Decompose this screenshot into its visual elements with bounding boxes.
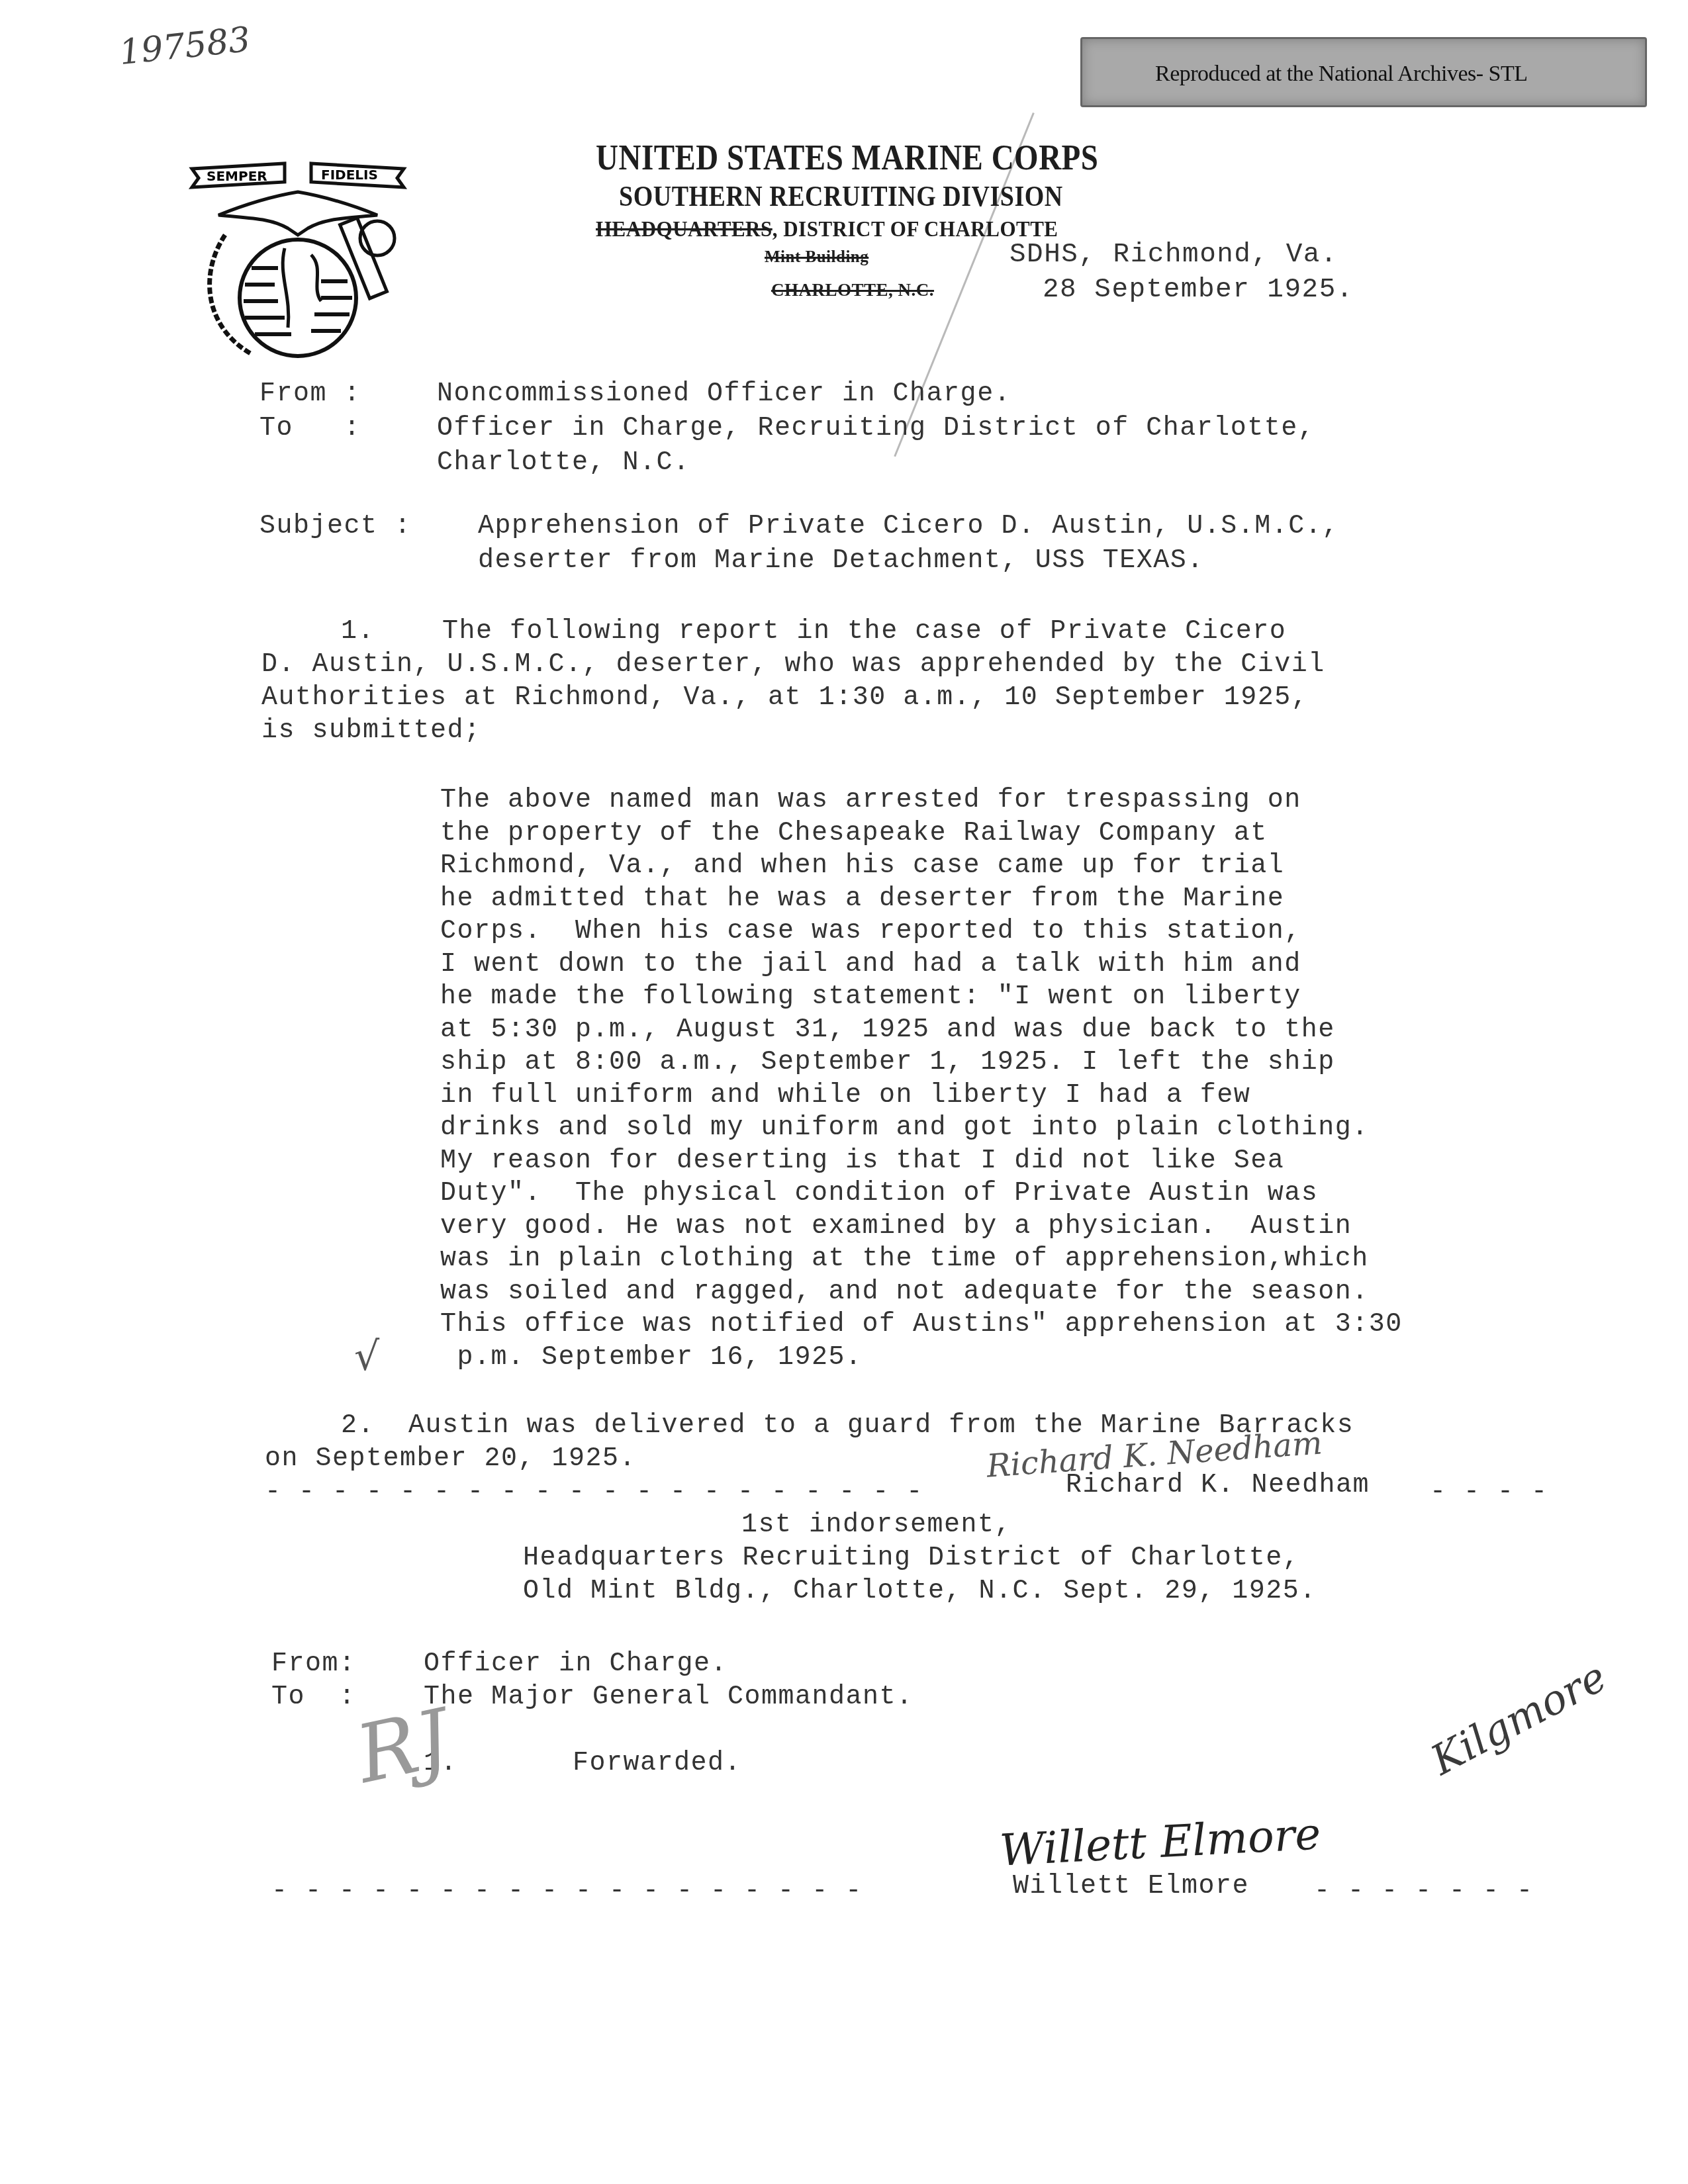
statement-line: ship at 8:00 a.m., September 1, 1925. I … — [440, 1046, 1335, 1079]
origin-location: SDHS, Richmond, Va. — [1009, 240, 1338, 270]
divider-dashes-2: - - - - — [1430, 1477, 1548, 1507]
signature-elmore: Willett Elmore — [998, 1808, 1322, 1876]
statement-line: Richmond, Va., and when his case came up… — [440, 850, 1284, 883]
statement-line: p.m. September 16, 1925. — [440, 1342, 863, 1375]
corner-signature: Kilgmore — [1423, 1653, 1615, 1785]
para1-line: is submitted; — [261, 715, 481, 748]
statement-line: at 5:30 p.m., August 31, 1925 and was du… — [440, 1014, 1335, 1047]
statement-line: the property of the Chesapeake Railway C… — [440, 817, 1268, 850]
indorsement-item-text: Forwarded. — [573, 1747, 741, 1780]
svg-text:FIDELIS: FIDELIS — [321, 167, 378, 183]
svg-text:SEMPER: SEMPER — [207, 168, 267, 184]
statement-line: was soiled and ragged, and not adequate … — [440, 1276, 1369, 1309]
statement-line: drinks and sold my uniform and got into … — [440, 1112, 1369, 1145]
para1-line: 1. The following report in the case of P… — [341, 615, 1286, 649]
document-number: 197583 — [117, 20, 252, 73]
indorsement-block: 1st indorsement, Headquarters Recruiting… — [523, 1509, 557, 1641]
statement-line: This office was notified of Austins" app… — [440, 1308, 1403, 1342]
statement-line: he made the following statement: "I went… — [440, 981, 1301, 1014]
typed-name-elmore: Willett Elmore — [1013, 1872, 1249, 1901]
to-value-line1: Officer in Charge, Recruiting District o… — [437, 412, 1315, 446]
letter-date: 28 September 1925. — [1043, 275, 1354, 305]
para2-line2: on September 20, 1925. — [265, 1443, 636, 1476]
statement-line: he admitted that he was a deserter from … — [440, 883, 1284, 916]
struck-building: Mint Building — [765, 248, 868, 267]
indorsement-header: From: Officer in Charge. To : The Major … — [271, 1648, 305, 1880]
eagle-globe-anchor-icon: SEMPER FIDELIS — [179, 156, 417, 361]
indorsement-line1: Headquarters Recruiting District of Char… — [523, 1542, 1299, 1575]
struck-headquarters: HEADQUARTERS — [596, 216, 773, 242]
letterhead-division: SOUTHERN RECRUITING DIVISION — [619, 180, 1063, 214]
from-label: From : — [259, 377, 361, 412]
to-label: To : — [259, 412, 361, 446]
letterhead-title: UNITED STATES MARINE CORPS — [596, 138, 1098, 179]
paragraph-1: 1. The following report in the case of P… — [261, 615, 295, 781]
para1-line: Authorities at Richmond, Va., at 1:30 a.… — [261, 682, 1308, 715]
to-value-line2: Charlotte, N.C. — [437, 446, 690, 480]
statement-line: I went down to the jail and had a talk w… — [440, 948, 1301, 981]
statement-line: Corps. When his case was reported to thi… — [440, 915, 1301, 948]
indorsement-from-value: Officer in Charge. — [424, 1648, 727, 1681]
indorsement-from-label: From: — [271, 1648, 356, 1681]
indorsement-title: 1st indorsement, — [741, 1509, 1011, 1542]
pencil-initials: RJ — [349, 1692, 457, 1801]
para1-line: D. Austin, U.S.M.C., deserter, who was a… — [261, 649, 1325, 682]
struck-city: CHARLOTTE, N.C. — [771, 280, 934, 300]
from-value: Noncommissioned Officer in Charge. — [437, 377, 1011, 412]
statement-line: Duty". The physical condition of Private… — [440, 1177, 1318, 1210]
indorsement-to-label: To : — [271, 1681, 356, 1714]
divider-dashes-3: - - - - - - - - - - - - - - - - - - — [271, 1876, 863, 1906]
subject-line2: deserter from Marine Detachment, USS TEX… — [478, 544, 1204, 578]
indorsement-line2: Old Mint Bldg., Charlotte, N.C. Sept. 29… — [523, 1575, 1317, 1608]
divider-dashes-1: - - - - - - - - - - - - - - - - - - - - — [265, 1477, 923, 1507]
letterhead-district: HEADQUARTERS, DISTRICT OF CHARLOTTE — [596, 216, 1058, 242]
archive-stamp: Reproduced at the National Archives- STL — [1080, 37, 1647, 107]
typed-name-needham: Richard K. Needham — [1066, 1471, 1370, 1500]
archive-stamp-text: Reproduced at the National Archives- STL — [1155, 62, 1528, 87]
divider-dashes-4: - - - - - - - — [1314, 1876, 1534, 1906]
statement-line: The above named man was arrested for tre… — [440, 784, 1301, 817]
checkmark-icon: √ — [354, 1334, 379, 1380]
subject-label: Subject : — [259, 510, 412, 544]
statement-line: in full uniform and while on liberty I h… — [440, 1079, 1250, 1113]
indorsement-to-value: The Major General Commandant. — [424, 1681, 914, 1714]
statement-line: very good. He was not examined by a phys… — [440, 1210, 1352, 1244]
statement-line: My reason for deserting is that I did no… — [440, 1145, 1284, 1178]
statement-line: was in plain clothing at the time of app… — [440, 1243, 1369, 1276]
subject-line1: Apprehension of Private Cicero D. Austin… — [478, 510, 1339, 544]
